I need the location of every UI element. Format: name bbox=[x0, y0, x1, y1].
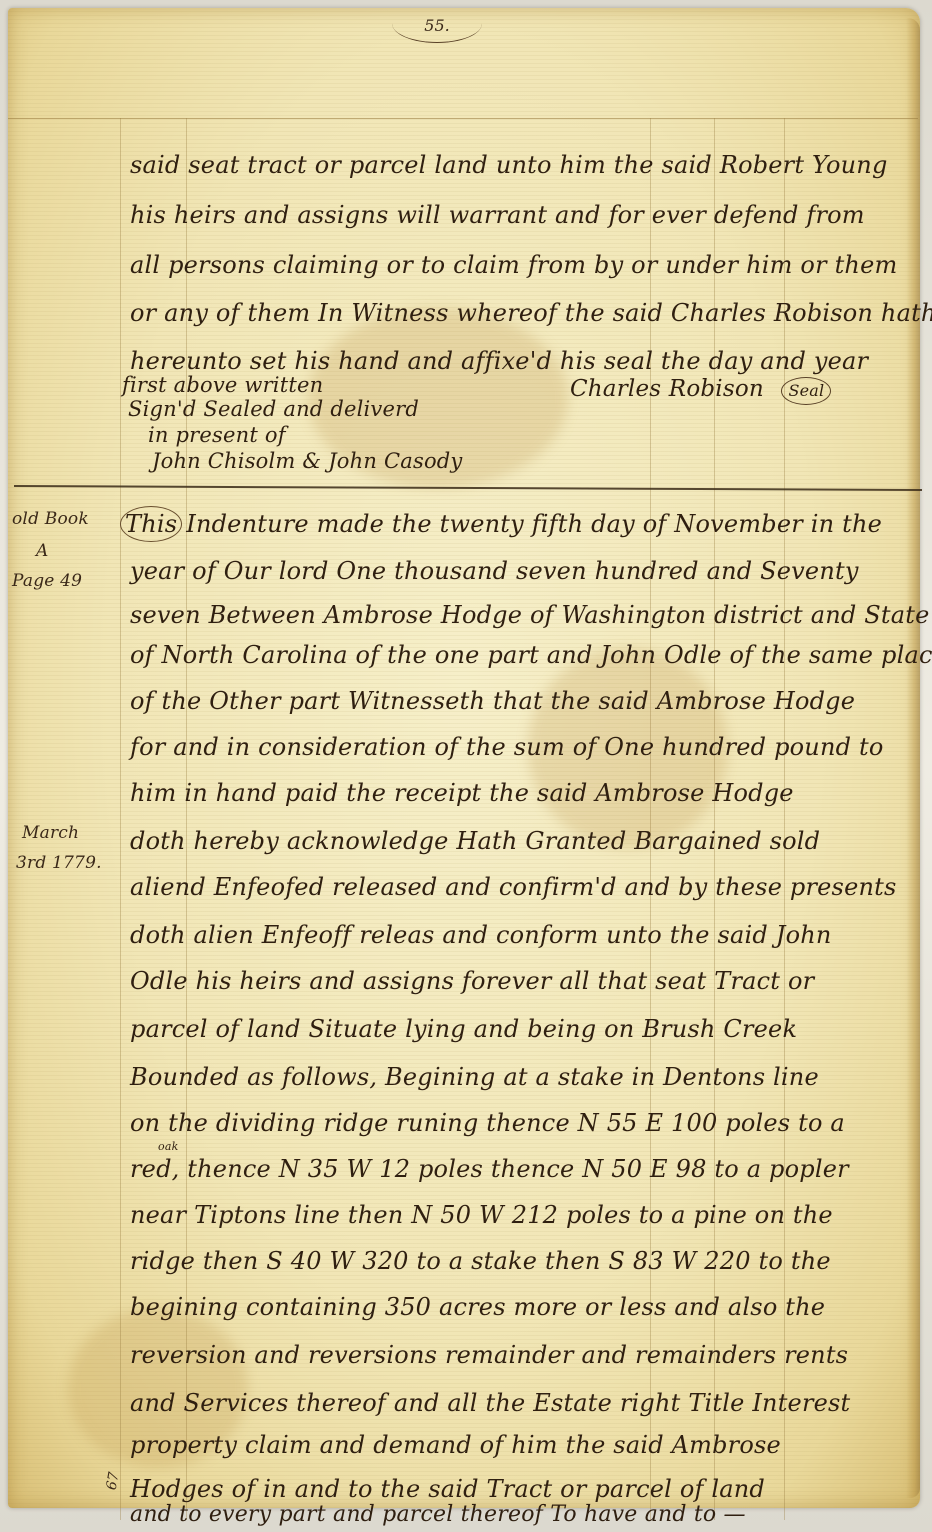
text-line: begining containing 350 acres more or le… bbox=[130, 1292, 825, 1322]
text-line: Odle his heirs and assigns forever all t… bbox=[130, 966, 814, 996]
text-line: of North Carolina of the one part and Jo… bbox=[130, 640, 932, 670]
seal-mark: Seal bbox=[781, 377, 831, 405]
text-line: aliend Enfeofed released and confirm'd a… bbox=[130, 872, 897, 902]
text-line-content: Indenture made the twenty fifth day of N… bbox=[186, 510, 882, 538]
interlinear-insertion: oak bbox=[158, 1140, 178, 1153]
text-line: near Tiptons line then N 50 W 212 poles … bbox=[130, 1200, 833, 1230]
text-line: or any of them In Witness whereof the sa… bbox=[130, 298, 932, 328]
text-line: said seat tract or parcel land unto him … bbox=[130, 150, 888, 180]
margin-rule bbox=[120, 118, 121, 1520]
circled-opening-word: This bbox=[120, 506, 182, 542]
signature-text: Charles Robison bbox=[570, 376, 764, 402]
text-line: him in hand paid the receipt the said Am… bbox=[130, 778, 794, 808]
margin-book-letter: A bbox=[36, 540, 48, 562]
text-line: his heirs and assigns will warrant and f… bbox=[130, 200, 865, 230]
witnesses-line: John Chisolm & John Casody bbox=[152, 448, 463, 474]
text-line: and to every part and parcel thereof To … bbox=[130, 1500, 746, 1530]
attestation-line: in present of bbox=[148, 422, 286, 448]
text-line: ridge then S 40 W 320 to a stake then S … bbox=[130, 1246, 831, 1276]
page-edge bbox=[906, 18, 920, 1498]
text-line: doth hereby acknowledge Hath Granted Bar… bbox=[130, 826, 820, 856]
folio-number-text: 55. bbox=[424, 16, 449, 35]
text-line: doth alien Enfeoff releas and conform un… bbox=[130, 920, 832, 950]
top-ruled-line bbox=[8, 118, 918, 119]
attestation-line: first above written bbox=[122, 372, 323, 398]
margin-book-reference: old Book bbox=[12, 508, 89, 530]
margin-date-month: March bbox=[22, 822, 79, 844]
attestation-line: Sign'd Sealed and deliverd bbox=[128, 396, 419, 422]
text-line: seven Between Ambrose Hodge of Washingto… bbox=[130, 600, 930, 630]
text-line: and Services thereof and all the Estate … bbox=[130, 1388, 850, 1418]
text-line: property claim and demand of him the sai… bbox=[130, 1430, 781, 1460]
text-line: red, thence N 35 W 12 poles thence N 50 … bbox=[130, 1154, 849, 1184]
text-line: of the Other part Witnesseth that the sa… bbox=[130, 686, 855, 716]
text-line: Bounded as follows, Begining at a stake … bbox=[130, 1062, 819, 1092]
text-line: year of Our lord One thousand seven hund… bbox=[130, 556, 859, 586]
margin-date-year: 3rd 1779. bbox=[16, 852, 102, 874]
text-line: parcel of land Situate lying and being o… bbox=[130, 1014, 797, 1044]
text-line: reversion and reversions remainder and r… bbox=[130, 1340, 848, 1370]
text-line: for and in consideration of the sum of O… bbox=[130, 732, 884, 762]
folio-number: 55. bbox=[392, 4, 482, 43]
text-line: on the dividing ridge runing thence N 55… bbox=[130, 1108, 845, 1138]
grantor-signature: Charles Robison Seal bbox=[570, 376, 831, 405]
text-line: all persons claiming or to claim from by… bbox=[130, 250, 897, 280]
text-line: ThisIndenture made the twenty fifth day … bbox=[120, 506, 882, 542]
margin-bottom-number: 67 bbox=[101, 1470, 126, 1492]
margin-page-reference: Page 49 bbox=[12, 570, 82, 592]
